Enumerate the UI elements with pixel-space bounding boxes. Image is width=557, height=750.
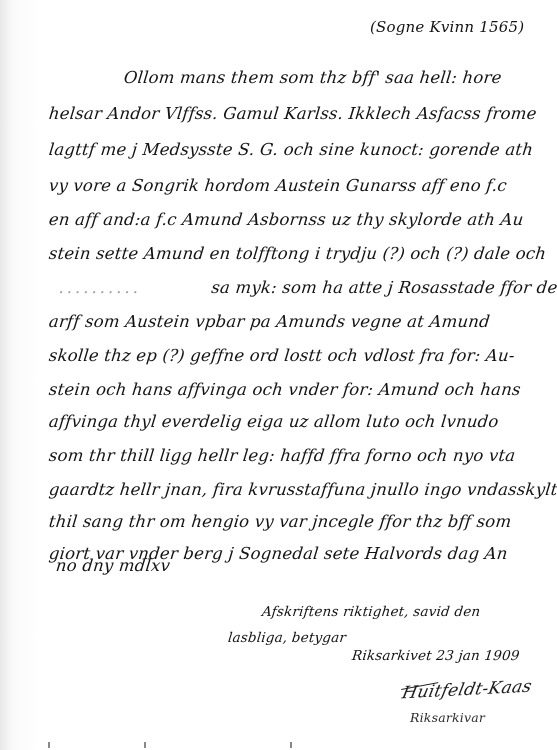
dotted-gap: ..........: [58, 278, 142, 297]
page-edge-shadow: [0, 0, 12, 750]
body-line-2: helsar Andor Vlffss. Gamul Karlss. Ikkle…: [48, 104, 538, 123]
ink-mark: [144, 742, 146, 748]
body-line-12: som thr thill ligg hellr leg: haffd ffra…: [48, 446, 516, 465]
certification-place-date: Riksarkivet 23 jan 1909: [351, 648, 520, 664]
body-line-7: ..........sa myk: som ha atte j Rosassta…: [58, 278, 557, 297]
body-line-5: en aff and:a f.c Amund Asbornss uz thy s…: [48, 210, 525, 229]
bottom-edge-marks: [0, 742, 557, 750]
ink-mark: [48, 742, 50, 748]
body-line-3: lagttf me j Medsysste S. G. och sine kun…: [48, 140, 534, 159]
certification-line-1: Afskriftens riktighet, savid den: [261, 604, 481, 620]
body-line-10: stein och hans affvinga och vnder for: A…: [48, 380, 522, 399]
body-line-7-text: sa myk: som ha atte j Rosasstade ffor de…: [210, 278, 557, 297]
certification-line-2: lasbliga, betygar: [227, 630, 347, 646]
signatory-title: Riksarkivar: [410, 710, 485, 725]
signature: Huitfeldt-Kaas: [400, 677, 533, 704]
body-line-13: gaardtz hellr jnan, fira kvrusstaffuna j…: [48, 480, 557, 499]
body-line-14: thil sang thr om hengio vy var jncegle f…: [48, 512, 512, 531]
body-line-4: vy vore a Songrik hordom Austein Gunarss…: [48, 176, 508, 195]
body-line-8: arff som Austein vpbar pa Amunds vegne a…: [48, 312, 491, 331]
body-line-16: no dny mdlxv: [55, 556, 171, 575]
body-line-11: affvinga thyl everdelig eiga uz allom lu…: [48, 412, 500, 431]
body-line-6: stein sette Amund en tolfftong i trydju …: [48, 244, 547, 263]
ink-mark: [290, 742, 292, 748]
manuscript-page: (Sogne Kvinn 1565) Ollom mans them som t…: [0, 0, 557, 750]
header-note: (Sogne Kvinn 1565): [370, 18, 524, 36]
body-line-9: skolle thz ep (?) geffne ord lostt och v…: [48, 346, 516, 365]
body-line-1: Ollom mans them som thz bff' saa hell: h…: [123, 68, 503, 87]
